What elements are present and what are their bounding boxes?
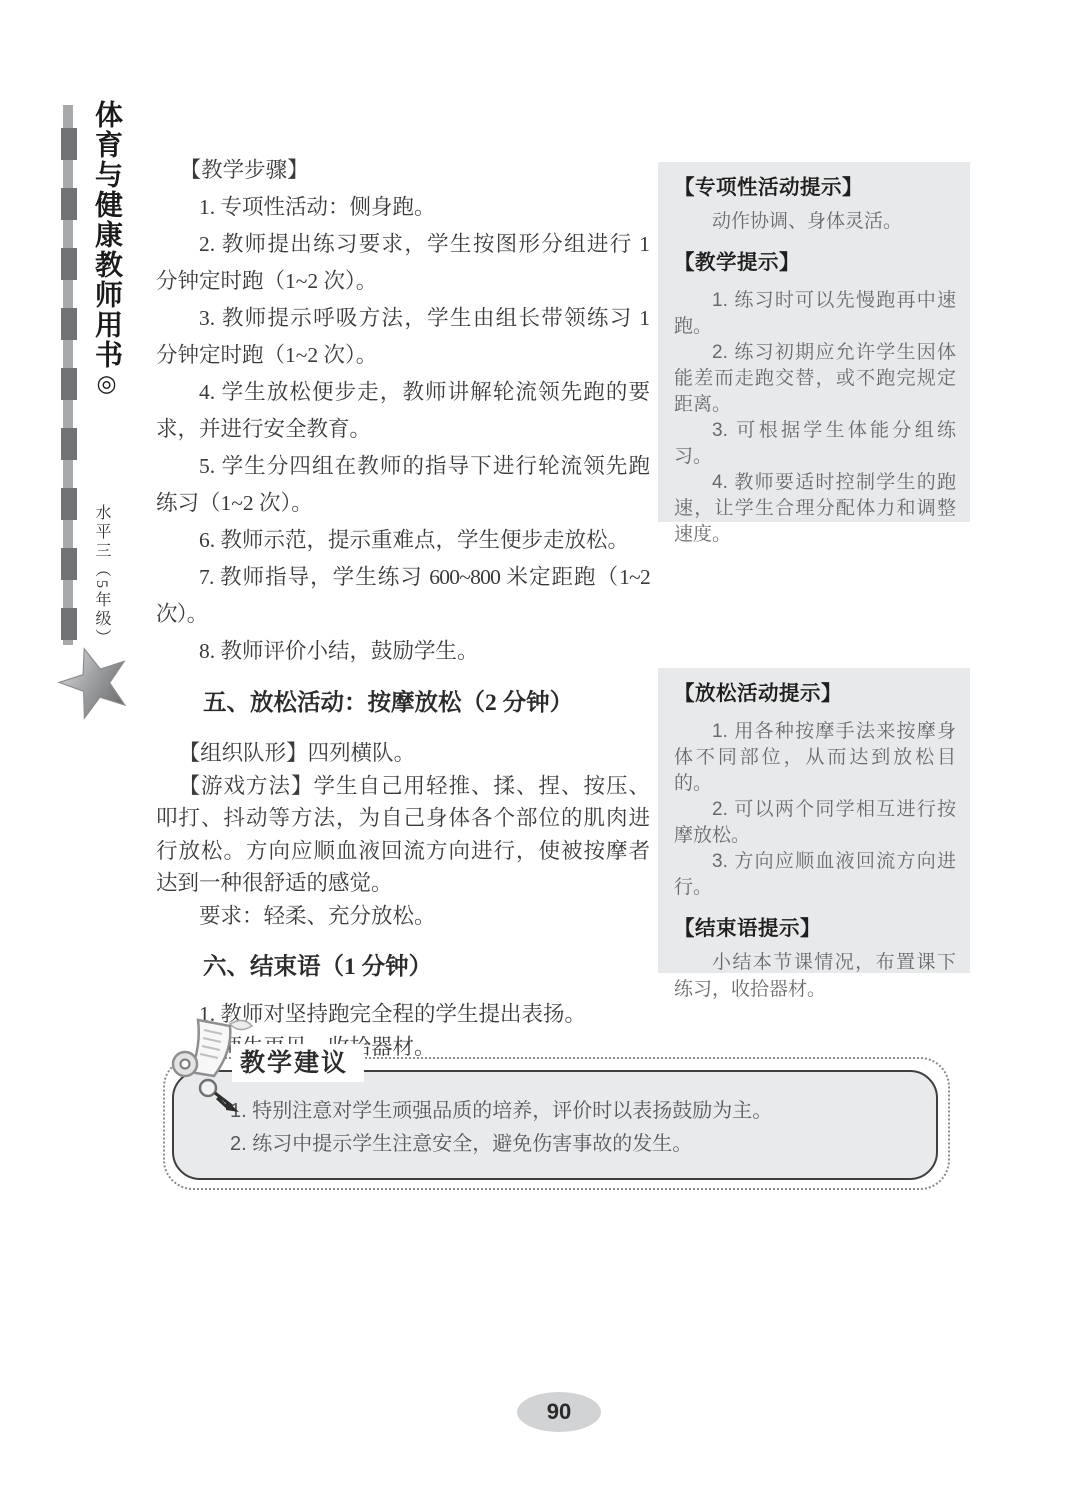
tip-item: 2. 练习初期应允许学生因体能差而走跑交替，或不跑完规定距离。 — [674, 340, 956, 418]
suggestion-item: 1. 特别注意对学生顽强品质的培养，评价时以表扬鼓励为主。 — [230, 1098, 906, 1125]
tip-item: 1. 练习时可以先慢跑再中速跑。 — [674, 288, 956, 340]
tip-item: 3. 可根据学生体能分组练习。 — [674, 418, 956, 470]
step-item: 3. 教师提示呼吸方法，学生由组长带领练习 1 分钟定时跑（1~2 次）。 — [156, 300, 650, 374]
star-icon — [56, 644, 134, 720]
tip-item: 4. 教师要适时控制学生的跑速，让学生合理分配体力和调整速度。 — [674, 470, 956, 548]
tip-box-activity: 【专项性活动提示】 动作协调、身体灵活。 【教学提示】 1. 练习时可以先慢跑再… — [658, 162, 970, 522]
step-item: 2. 教师提出练习要求，学生按图形分组进行 1 分钟定时跑（1~2 次）。 — [156, 226, 650, 300]
double-circle-icon: ◎ — [94, 370, 119, 397]
tip-item: 3. 方向应顺血液回流方向进行。 — [674, 849, 956, 901]
method-paragraph: 【游戏方法】学生自己用轻推、揉、捏、按压、叩打、抖动等方法，为自己身体各个部位的… — [156, 770, 650, 900]
formation-label: 【组织队形】 — [179, 741, 308, 765]
step-item: 5. 学生分四组在教师的指导下进行轮流领先跑练习（1~2 次）。 — [156, 448, 650, 522]
section-heading-relax: 五、放松活动：按摩放松（2 分钟） — [156, 686, 650, 720]
scroll-pen-icon — [168, 1014, 258, 1126]
tip-heading-special-activity: 【专项性活动提示】 — [674, 174, 956, 202]
steps-heading: 【教学步骤】 — [156, 152, 650, 189]
step-item: 7. 教师指导，学生练习 600~800 米定距跑（1~2 次）。 — [156, 559, 650, 633]
tip-text: 动作协调、身体灵活。 — [674, 208, 956, 235]
main-text-column: 【教学步骤】 1. 专项性活动：侧身跑。 2. 教师提出练习要求，学生按图形分组… — [156, 152, 650, 1063]
step-item: 1. 专项性活动：侧身跑。 — [156, 189, 650, 226]
formation-text: 四列横队。 — [308, 741, 416, 765]
method-label: 【游戏方法】 — [179, 774, 314, 798]
step-item: 6. 教师示范，提示重难点，学生便步走放松。 — [156, 522, 650, 559]
tip-list: 1. 练习时可以先慢跑再中速跑。 2. 练习初期应允许学生因体能差而走跑交替，或… — [674, 288, 956, 548]
tip-box-relax: 【放松活动提示】 1. 用各种按摩手法来按摩身体不同部位，从而达到放松目的。 2… — [658, 668, 970, 973]
tip-item: 1. 用各种按摩手法来按摩身体不同部位，从而达到放松目的。 — [674, 719, 956, 797]
level-grade-label: 水平三（5年级） — [90, 504, 113, 648]
book-page: 体育与健康教师用书◎ 水平三（5年级） 【教学步骤】 1. 专项性活动：侧身跑。… — [0, 0, 1082, 1508]
tip-list: 1. 用各种按摩手法来按摩身体不同部位，从而达到放松目的。 2. 可以两个同学相… — [674, 719, 956, 901]
section-heading-closing: 六、结束语（1 分钟） — [156, 950, 650, 984]
suggestion-item: 2. 练习中提示学生注意安全，避免伤害事故的发生。 — [230, 1131, 906, 1158]
tip-heading-closing: 【结束语提示】 — [674, 915, 956, 943]
book-spine-title: 体育与健康教师用书◎ — [86, 100, 126, 420]
margin-strip-dark-blocks — [61, 128, 77, 640]
tip-heading-relax: 【放松活动提示】 — [674, 680, 956, 708]
suggestions-box: 1. 特别注意对学生顽强品质的培养，评价时以表扬鼓励为主。 2. 练习中提示学生… — [172, 1070, 938, 1180]
tip-text: 小结本节课情况，布置课下练习，收拾器材。 — [674, 949, 956, 1003]
book-title-text: 体育与健康教师用书 — [91, 100, 122, 370]
page-number-badge: 90 — [517, 1392, 601, 1432]
requirement-line: 要求：轻柔、充分放松。 — [156, 900, 650, 933]
tip-heading-teaching: 【教学提示】 — [674, 249, 956, 277]
page-number: 90 — [547, 1399, 571, 1424]
step-item: 8. 教师评价小结，鼓励学生。 — [156, 633, 650, 670]
formation-line: 【组织队形】四列横队。 — [156, 737, 650, 770]
step-item: 4. 学生放松便步走，教师讲解轮流领先跑的要求，并进行安全教育。 — [156, 374, 650, 448]
tip-item: 2. 可以两个同学相互进行按摩放松。 — [674, 797, 956, 849]
